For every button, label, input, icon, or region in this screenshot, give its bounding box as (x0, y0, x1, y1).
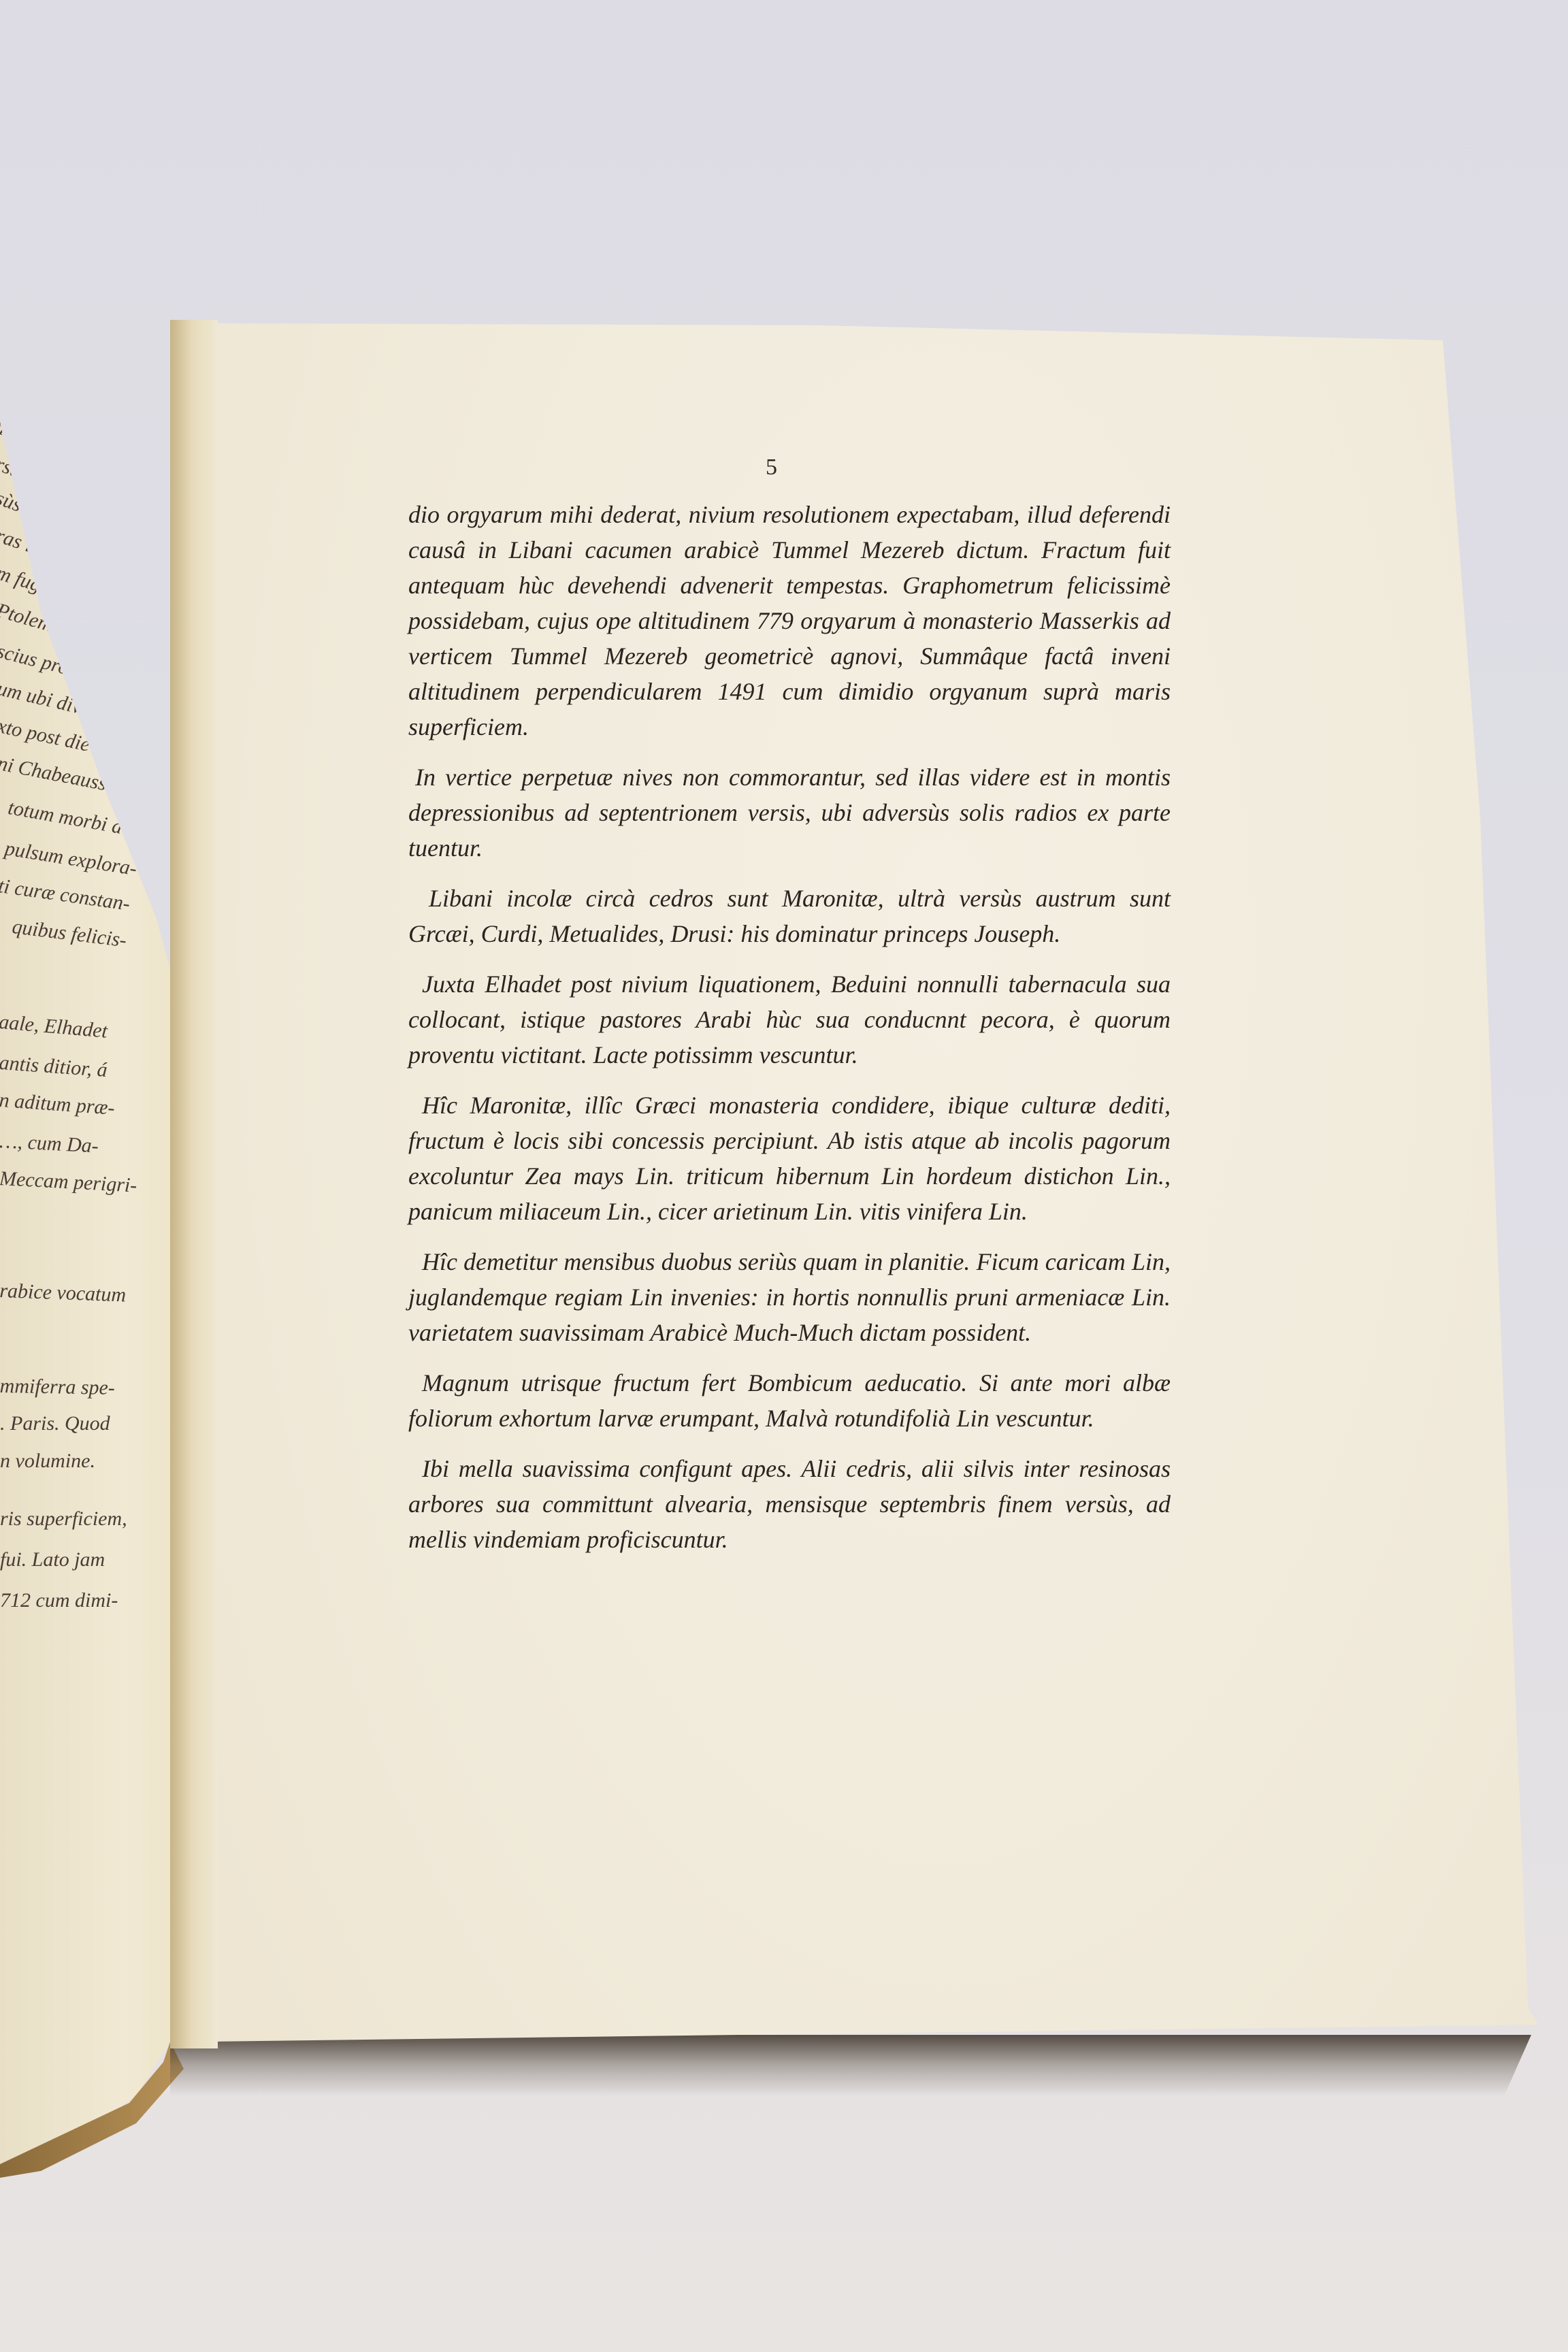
page-shadow (170, 2035, 1531, 2096)
page-body: dio orgyarum mihi dederat, nivium resolu… (408, 456, 1171, 1557)
left-fragment: fui. Lato jam (0, 1548, 105, 1571)
left-fragment: totum morbi de- (6, 796, 140, 842)
paragraph: Hîc Maronitæ, illîc Græci monasteria con… (408, 1088, 1171, 1229)
left-fragment: Meccam perigri- (0, 1167, 137, 1198)
paragraph: Hîc demetitur mensibus duobus seriùs qua… (408, 1244, 1171, 1350)
paragraph: dio orgyarum mihi dederat, nivium resolu… (408, 497, 1171, 745)
left-fragment: Turci coacti fuere. (0, 337, 138, 427)
left-fragment: ni Chabeausseau (0, 752, 137, 802)
paragraph: Ibi mella suavissima configunt apes. Ali… (408, 1451, 1171, 1557)
left-fragment: ris superficiem, (0, 1507, 127, 1531)
left-fragment: pulsum explora- (3, 837, 139, 881)
paragraph: Libani incolæ circà cedros sunt Maronitæ… (408, 881, 1171, 951)
paragraph: In vertice perpetuæ nives non commorantu… (408, 759, 1171, 866)
left-fragment: rabice vocatum (0, 1279, 127, 1307)
paragraph: Magnum utrisque fructum fert Bombicum ae… (408, 1365, 1171, 1436)
left-fragment: …, cum Da- (0, 1130, 99, 1158)
left-fragment: mmiferra spe- (0, 1375, 115, 1400)
paragraph: Juxta Elhadet post nivium liquationem, B… (408, 966, 1171, 1073)
left-fragment: 712 cum dimi- (0, 1589, 118, 1612)
left-fragment: ti curæ constan- (0, 875, 131, 916)
left-fragment: hnia Damascumque (0, 415, 151, 497)
book-gutter (170, 320, 218, 2048)
left-fragment: n volumine. (0, 1450, 95, 1473)
left-fragment: aale, Elhadet (0, 1011, 108, 1043)
left-fragment: . Paris. Quod (0, 1412, 110, 1435)
left-fragment: rsùs Africum, ad- (0, 453, 133, 523)
left-fragment: antis ditior, á (0, 1051, 108, 1082)
left-fragment: tes ultrà Laodiceam (0, 381, 149, 469)
left-fragment: quibus felicis- (11, 915, 128, 952)
left-fragment: n aditum præ- (0, 1089, 116, 1120)
